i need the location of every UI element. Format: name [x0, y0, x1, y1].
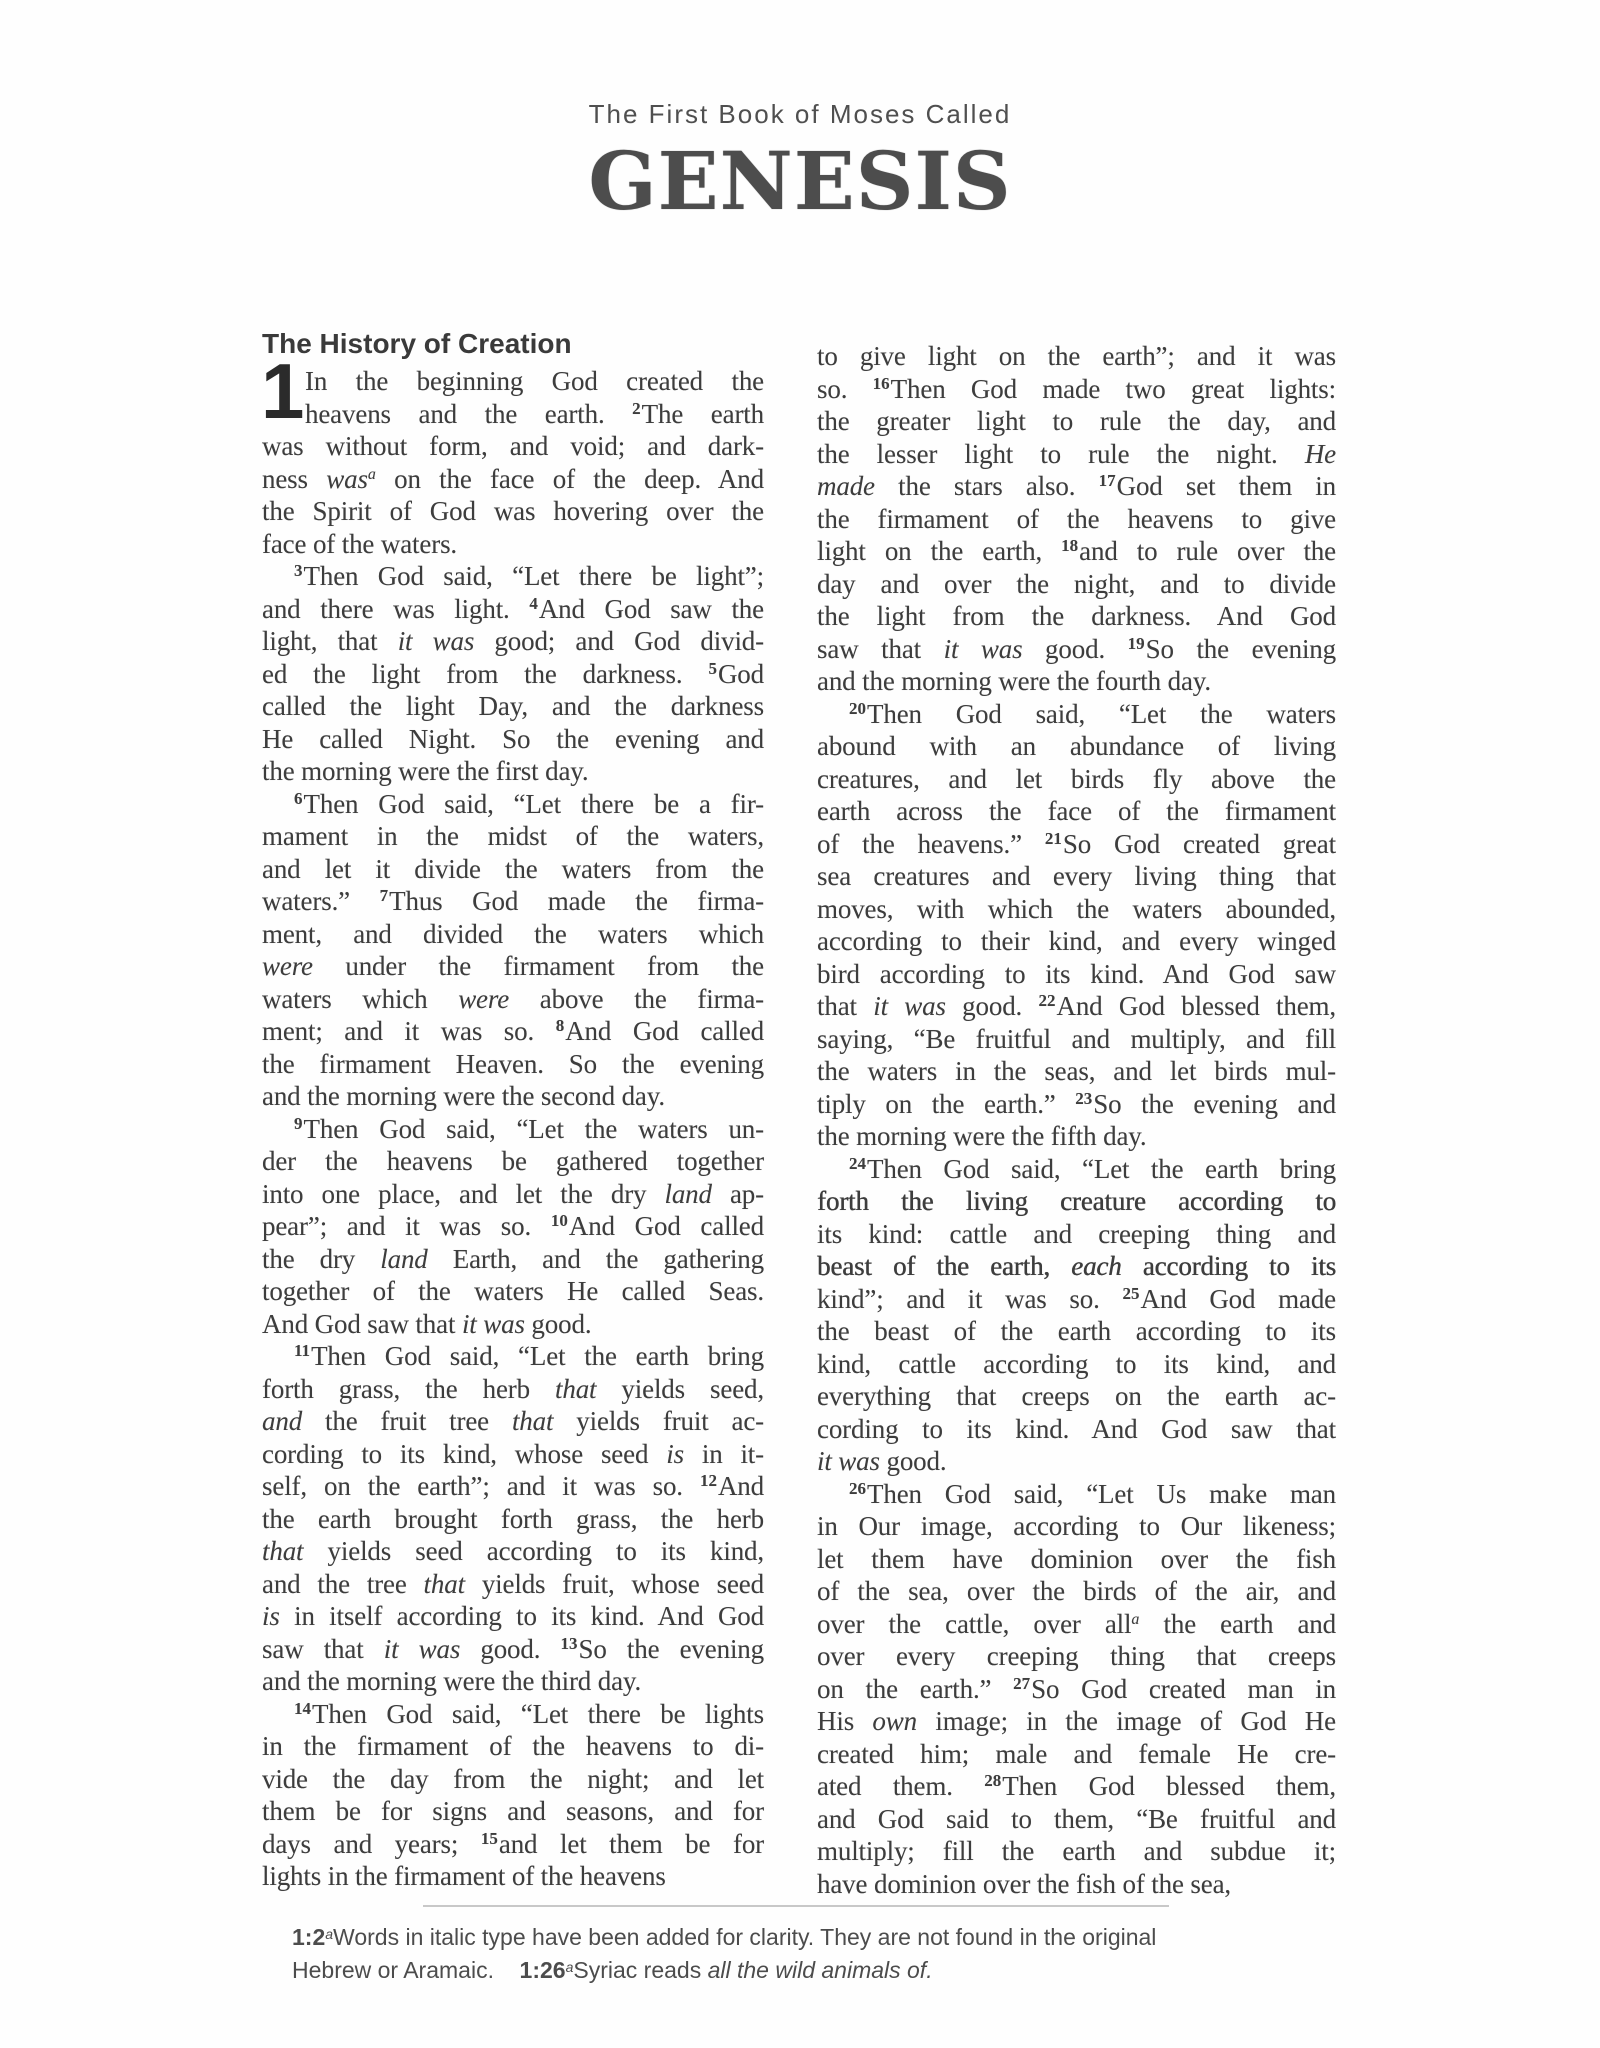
verse-text-line: ment; and it was so. 8And God called — [262, 1015, 764, 1048]
verse-text-line: into one place, and let the dry land ap- — [262, 1178, 764, 1211]
verse-text-line: multiply; fill the earth and subdue it; — [817, 1835, 1336, 1868]
verse-text-line: light on the earth, 18and to rule over t… — [817, 535, 1336, 568]
verse-text-line: is in itself according to its kind. And … — [262, 1600, 764, 1633]
verse-text-line: of the sea, over the birds of the air, a… — [817, 1575, 1336, 1608]
verse-text-line: bird according to its kind. And God saw — [817, 958, 1336, 991]
verse-text-line: and the morning were the fourth day. — [817, 665, 1336, 698]
verse-text-line: everything that creeps on the earth ac- — [817, 1380, 1336, 1413]
bible-page: The First Book of Moses Called GENESIS T… — [0, 0, 1600, 2048]
verse-text-line: the firmament Heaven. So the evening — [262, 1048, 764, 1081]
verse-text-line: the morning were the fifth day. — [817, 1120, 1336, 1153]
verse-text-line: 3Then God said, “Let there be light”; — [262, 560, 764, 593]
verse-text-line: kind”; and it was so. 25And God made — [817, 1283, 1336, 1316]
verse-text-line: called the light Day, and the darkness — [262, 690, 764, 723]
verse-text-line: 14Then God said, “Let there be lights — [262, 1698, 764, 1731]
verse-text-line: 6Then God said, “Let there be a fir- — [262, 788, 764, 821]
section-heading: The History of Creation — [262, 330, 572, 358]
verse-text-line: face of the waters. — [262, 528, 764, 561]
verse-text-line: ated them. 28Then God blessed them, — [817, 1770, 1336, 1803]
verse-text-line: cording to its kind. And God saw that — [817, 1413, 1336, 1446]
verse-text-line: moves, with which the waters abounded, — [817, 893, 1336, 926]
verse-text-line: the morning were the first day. — [262, 755, 764, 788]
verse-text-line: have dominion over the fish of the sea, — [817, 1868, 1336, 1901]
verse-text-line: in the firmament of the heavens to di- — [262, 1730, 764, 1763]
book-supertitle: The First Book of Moses Called — [0, 101, 1600, 127]
verse-text-line: and the fruit tree that yields fruit ac- — [262, 1405, 764, 1438]
verse-text-line: that it was good. 22And God blessed them… — [817, 990, 1336, 1023]
verse-text-line: day and over the night, and to divide — [817, 568, 1336, 601]
verse-text-line: light, that it was good; and God divid- — [262, 625, 764, 658]
verse-text-line: were under the firmament from the — [262, 950, 764, 983]
verse-text-line: der the heavens be gathered together — [262, 1145, 764, 1178]
book-title: GENESIS — [0, 141, 1600, 221]
verse-text-line: the Spirit of God was hovering over the — [262, 495, 764, 528]
verse-text-line: of the heavens.” 21So God created great — [817, 828, 1336, 861]
verse-text-line: 24Then God said, “Let the earth bring — [817, 1153, 1336, 1186]
verse-text-line: pear”; and it was so. 10And God called — [262, 1210, 764, 1243]
verse-text-line: over the cattle, over alla the earth and — [817, 1608, 1336, 1641]
verse-text-line: the earth brought forth grass, the herb — [262, 1503, 764, 1536]
verse-text-line: let them have dominion over the fish — [817, 1543, 1336, 1576]
verse-text-line: saying, “Be fruitful and multiply, and f… — [817, 1023, 1336, 1056]
verse-text-line: heavens and the earth. 2The earth — [262, 398, 764, 431]
verse-text-line: ness wasa on the face of the deep. And — [262, 463, 764, 496]
verse-text-line: beast of the earth, each according to it… — [817, 1250, 1336, 1283]
verse-text-line: mament in the midst of the waters, — [262, 820, 764, 853]
verse-text-line: so. 16Then God made two great lights: — [817, 373, 1336, 406]
footnotes-block: 1:2aWords in italic type have been added… — [292, 1921, 1232, 1987]
verse-text-line: vide the day from the night; and let — [262, 1763, 764, 1796]
verse-text-line: created him; male and female He cre- — [817, 1738, 1336, 1771]
verse-text-line: the waters in the seas, and let birds mu… — [817, 1055, 1336, 1088]
verse-text-line: was without form, and void; and dark- — [262, 430, 764, 463]
verse-text-line: And God saw that it was good. — [262, 1308, 764, 1341]
verse-text-line: and let it divide the waters from the — [262, 853, 764, 886]
verse-text-line: sea creatures and every living thing tha… — [817, 860, 1336, 893]
text-column-right: to give light on the earth”; and it wass… — [817, 340, 1336, 1900]
verse-text-line: In the beginning God created the — [262, 365, 764, 398]
verse-text-line: waters.” 7Thus God made the firma- — [262, 885, 764, 918]
verse-text-line: forth the living creature according to — [817, 1185, 1336, 1218]
verse-text-line: ed the light from the darkness. 5God — [262, 658, 764, 691]
text-column-left: In the beginning God created theheavens … — [262, 365, 764, 1893]
verse-text-line: abound with an abundance of living — [817, 730, 1336, 763]
verse-text-line: according to their kind, and every winge… — [817, 925, 1336, 958]
verse-text-line: cording to its kind, whose seed is in it… — [262, 1438, 764, 1471]
footnote-divider — [423, 1905, 1169, 1907]
verse-text-line: the beast of the earth according to its — [817, 1315, 1336, 1348]
verse-text-line: waters which were above the firma- — [262, 983, 764, 1016]
verse-text-line: and the morning were the third day. — [262, 1665, 764, 1698]
verse-text-line: that yields seed according to its kind, — [262, 1535, 764, 1568]
verse-text-line: lights in the firmament of the heavens — [262, 1860, 764, 1893]
verse-text-line: kind, cattle according to its kind, and — [817, 1348, 1336, 1381]
verse-text-line: the dry land Earth, and the gathering — [262, 1243, 764, 1276]
verse-text-line: self, on the earth”; and it was so. 12An… — [262, 1470, 764, 1503]
verse-text-line: its kind: cattle and creeping thing and — [817, 1218, 1336, 1251]
verse-text-line: it was good. — [817, 1445, 1336, 1478]
verse-text-line: on the earth.” 27So God created man in — [817, 1673, 1336, 1706]
verse-text-line: and there was light. 4And God saw the — [262, 593, 764, 626]
verse-text-line: forth grass, the herb that yields seed, — [262, 1373, 764, 1406]
verse-text-line: His own image; in the image of God He — [817, 1705, 1336, 1738]
verse-text-line: ment, and divided the waters which — [262, 918, 764, 951]
verse-text-line: 20Then God said, “Let the waters — [817, 698, 1336, 731]
verse-text-line: and the tree that yields fruit, whose se… — [262, 1568, 764, 1601]
verse-text-line: together of the waters He called Seas. — [262, 1275, 764, 1308]
verse-text-line: days and years; 15and let them be for — [262, 1828, 764, 1861]
verse-text-line: creatures, and let birds fly above the — [817, 763, 1336, 796]
verse-text-line: made the stars also. 17God set them in — [817, 470, 1336, 503]
verse-text-line: over every creeping thing that creeps — [817, 1640, 1336, 1673]
verse-text-line: saw that it was good. 19So the evening — [817, 633, 1336, 666]
footnote-line: Hebrew or Aramaic. 1:26aSyriac reads all… — [292, 1954, 1232, 1987]
verse-text-line: the greater light to rule the day, and — [817, 405, 1336, 438]
verse-text-line: and God said to them, “Be fruitful and — [817, 1803, 1336, 1836]
verse-text-line: earth across the face of the firmament — [817, 795, 1336, 828]
verse-text-line: the light from the darkness. And God — [817, 600, 1336, 633]
verse-text-line: to give light on the earth”; and it was — [817, 340, 1336, 373]
verse-text-line: saw that it was good. 13So the evening — [262, 1633, 764, 1666]
footnote-line: 1:2aWords in italic type have been added… — [292, 1921, 1232, 1954]
verse-text-line: 11Then God said, “Let the earth bring — [262, 1340, 764, 1373]
verse-text-line: and the morning were the second day. — [262, 1080, 764, 1113]
verse-text-line: them be for signs and seasons, and for — [262, 1795, 764, 1828]
verse-text-line: 9Then God said, “Let the waters un- — [262, 1113, 764, 1146]
verse-text-line: tiply on the earth.” 23So the evening an… — [817, 1088, 1336, 1121]
verse-text-line: the firmament of the heavens to give — [817, 503, 1336, 536]
verse-text-line: the lesser light to rule the night. He — [817, 438, 1336, 471]
verse-text-line: in Our image, according to Our likeness; — [817, 1510, 1336, 1543]
verse-text-line: 26Then God said, “Let Us make man — [817, 1478, 1336, 1511]
verse-text-line: He called Night. So the evening and — [262, 723, 764, 756]
